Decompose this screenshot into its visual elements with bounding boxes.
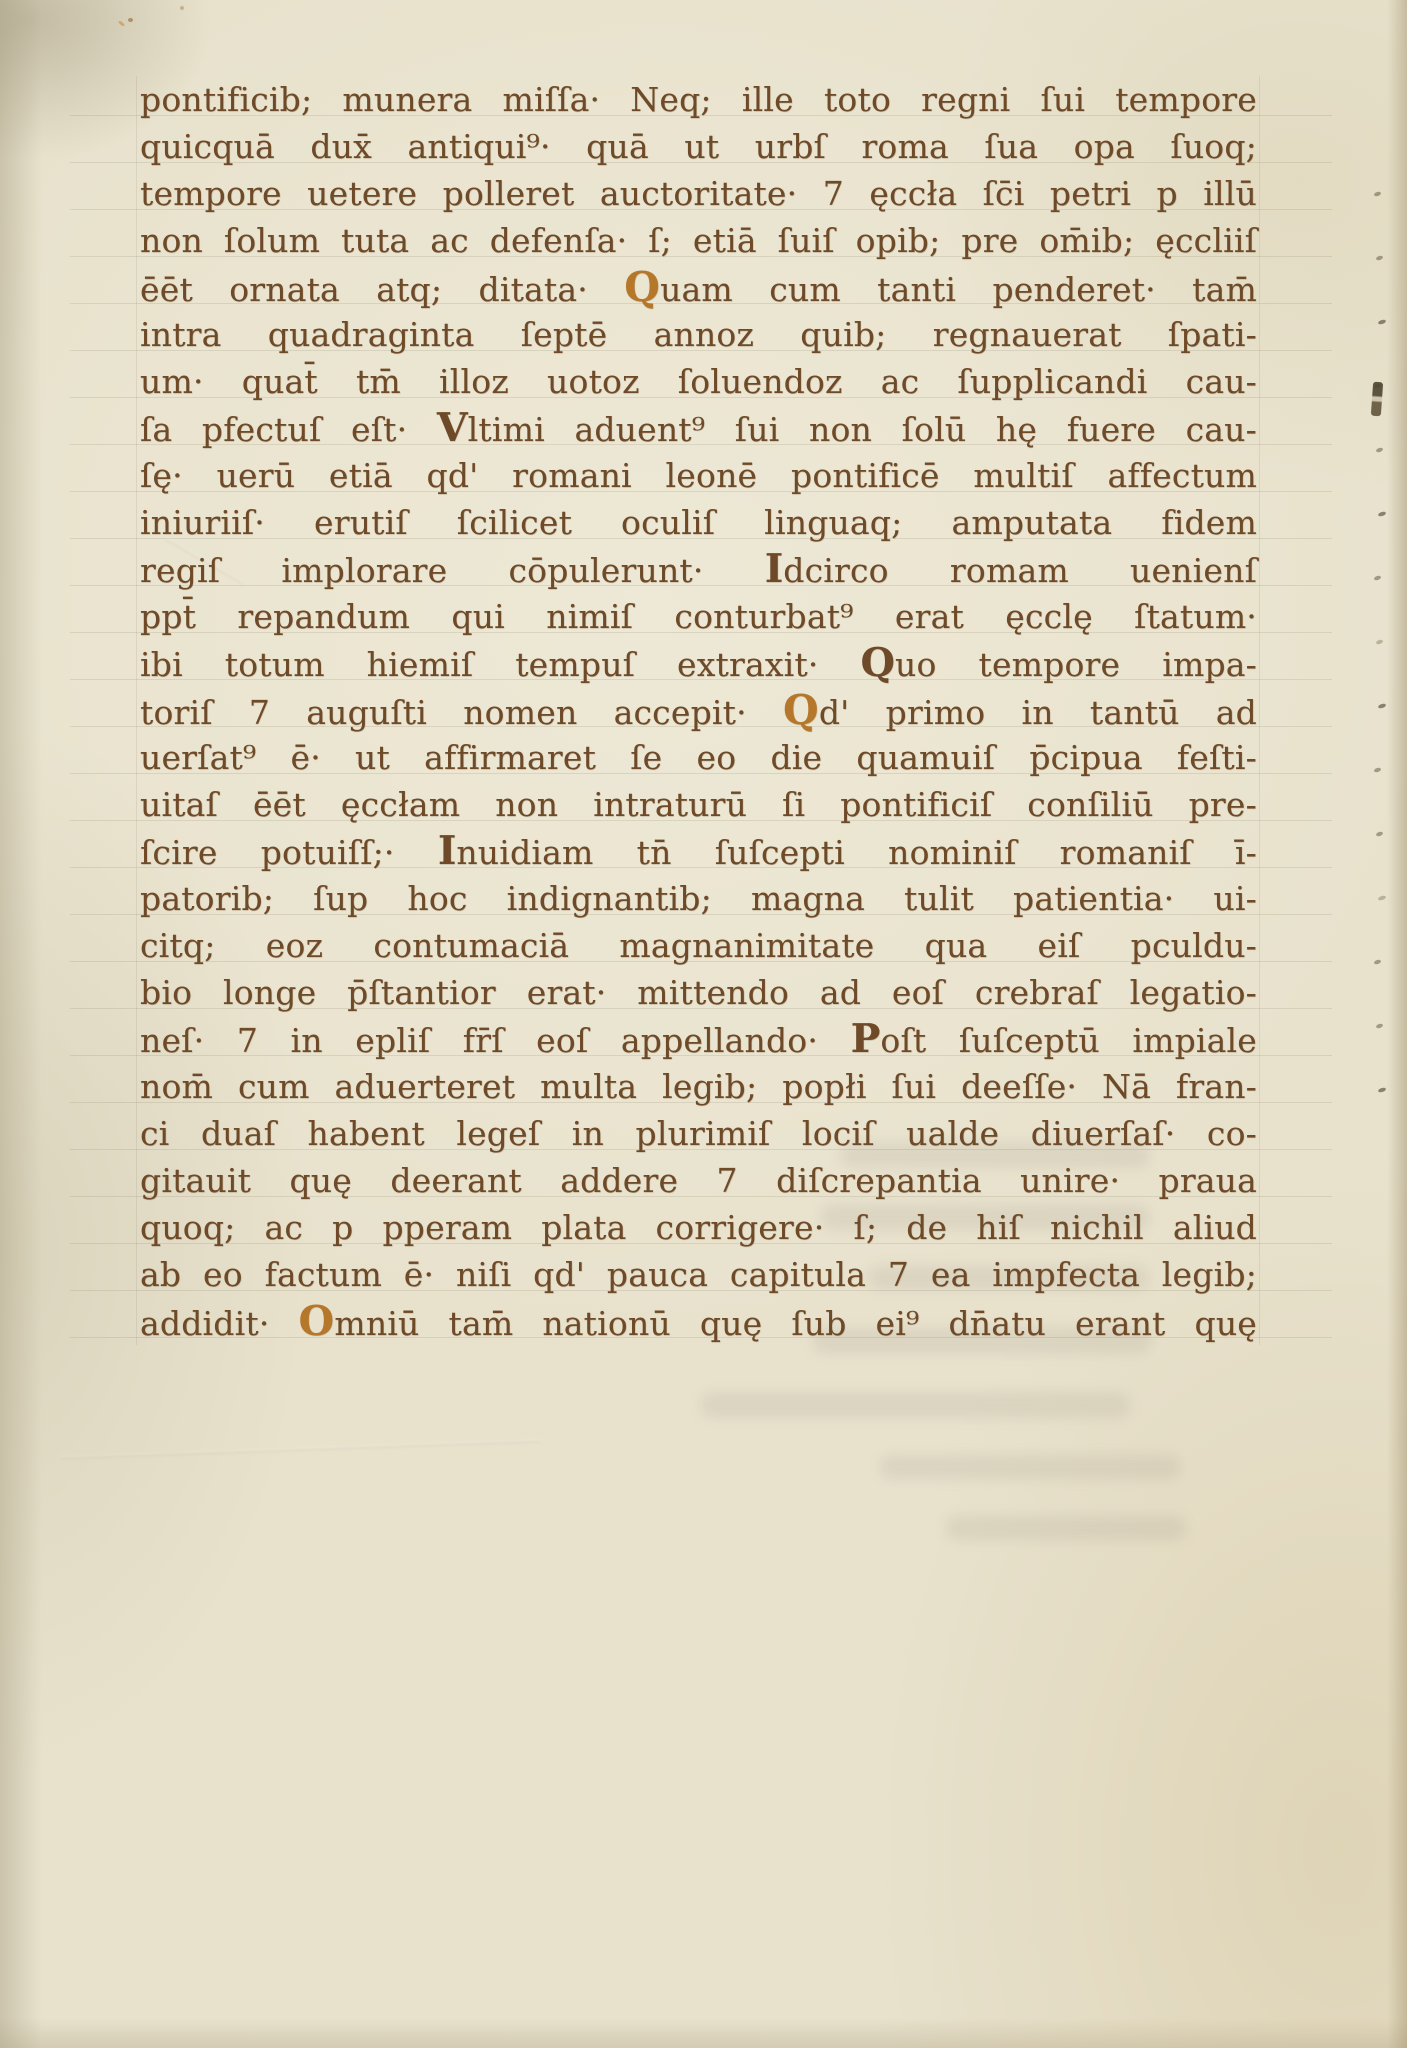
text-segment: ci duaſ habent legeſ in plurimiſ lociſ u… xyxy=(140,1114,1257,1153)
prick-mark xyxy=(1376,255,1384,261)
text-segment: ſcire potuiſſ;· xyxy=(140,833,438,872)
manuscript-line: neſ· 7 in epliſ fr̄ſ eoſ appellando· Poſ… xyxy=(140,1016,1257,1063)
prick-mark xyxy=(1374,191,1382,197)
prick-mark xyxy=(1378,319,1387,325)
text-segment: citq; eoz contumaciā magnanimitate qua e… xyxy=(140,926,1257,965)
initial-capital: Q xyxy=(861,640,895,686)
prick-mark xyxy=(1378,895,1387,901)
text-segment: ēēt ornata atq; ditata· xyxy=(140,270,624,309)
ruling-vertical-left xyxy=(136,76,137,1345)
text-segment: addidit· xyxy=(140,1304,299,1343)
manuscript-line: nom̄ cum aduerteret multa legib; popłi ſ… xyxy=(140,1063,1257,1110)
ink-speck xyxy=(118,20,125,27)
prick-mark xyxy=(1374,575,1382,581)
text-segment: ab eo factum ē· niſi qd' pauca capitula … xyxy=(140,1255,1257,1294)
text-segment: tempore uetere polleret auctoritate· 7 ę… xyxy=(140,174,1257,213)
initial-capital: Q xyxy=(624,263,660,311)
manuscript-line: ēēt ornata atq; ditata· Quam cum tanti p… xyxy=(140,264,1257,311)
parchment-wrinkle xyxy=(60,1440,540,1460)
ruling-vertical-right xyxy=(1259,76,1260,1345)
text-segment: oſt ſuſceptū impiale xyxy=(880,1021,1257,1060)
prick-mark xyxy=(1378,511,1387,517)
manuscript-line: ppt̄ repandum qui nimiſ conturbat⁹ erat … xyxy=(140,593,1257,640)
prick-mark xyxy=(1376,639,1384,645)
text-segment: uam cum tanti penderet· tam̄ xyxy=(660,270,1257,309)
text-segment: iniuriiſ· erutiſ ſcilicet oculiſ linguaq… xyxy=(140,503,1257,542)
manuscript-line: pontificib; munera miſſa· Neq; ille toto… xyxy=(140,76,1257,123)
initial-capital: P xyxy=(851,1016,881,1062)
initial-capital: V xyxy=(437,405,468,451)
manuscript-line: regiſ implorare cōpulerunt· Idcirco roma… xyxy=(140,546,1257,593)
prick-marks-column xyxy=(1374,192,1386,1172)
manuscript-line: patorib; ſup hoc indignantib; magna tuli… xyxy=(140,875,1257,922)
initial-capital: I xyxy=(438,828,457,874)
manuscript-line: ibi totum hiemiſ tempuſ extraxit· Quo te… xyxy=(140,640,1257,687)
manuscript-line: ſę· uerū etiā qd' romani leonē pontificē… xyxy=(140,452,1257,499)
show-through-stain xyxy=(880,1455,1180,1479)
manuscript-line: bio longe p̄ſtantior erat· mittendo ad e… xyxy=(140,969,1257,1016)
text-segment: toriſ 7 auguſti nomen accepit· xyxy=(140,693,783,732)
text-segment: nuidiam tn̄ ſuſcepti nominiſ romaniſ ī- xyxy=(456,833,1257,872)
text-segment: non ſolum tuta ac defenſa· ſ; etiā ſuiſ … xyxy=(140,221,1257,260)
show-through-stain xyxy=(946,1516,1186,1540)
prick-mark xyxy=(1378,703,1387,709)
manuscript-line: quicquā dux̄ antiqui⁹· quā ut urbſ roma … xyxy=(140,123,1257,170)
manuscript-line: citq; eoz contumaciā magnanimitate qua e… xyxy=(140,922,1257,969)
manuscript-line: ſa pfectuſ eſt· Vltimi aduent⁹ ſui non ſ… xyxy=(140,405,1257,452)
ink-speck xyxy=(180,6,184,10)
text-segment: gitauit quę deerant addere 7 diſcrepanti… xyxy=(140,1161,1257,1200)
text-segment: uitaſ ēēt ęccłam non intraturū ſi pontif… xyxy=(140,785,1257,824)
text-segment: regiſ implorare cōpulerunt· xyxy=(140,551,765,590)
manuscript-line: ab eo factum ē· niſi qd' pauca capitula … xyxy=(140,1251,1257,1298)
text-segment: intra quadraginta ſeptē annoz quib; regn… xyxy=(140,315,1257,354)
text-segment: pontificib; munera miſſa· Neq; ille toto… xyxy=(140,80,1257,119)
text-segment: mniū tam̄ nationū quę ſub ei⁹ dn̄atu era… xyxy=(334,1304,1257,1343)
show-through-stain xyxy=(700,1392,1130,1418)
text-segment: uo tempore impa- xyxy=(895,645,1257,684)
text-segment: d' primo in tantū ad xyxy=(819,693,1257,732)
text-segment: ibi totum hiemiſ tempuſ extraxit· xyxy=(140,645,861,684)
text-segment: dcirco romam uenienſ xyxy=(783,551,1257,590)
text-segment: quicquā dux̄ antiqui⁹· quā ut urbſ roma … xyxy=(140,127,1257,166)
manuscript-line: iniuriiſ· erutiſ ſcilicet oculiſ linguaq… xyxy=(140,499,1257,546)
manuscript-line: ci duaſ habent legeſ in plurimiſ lociſ u… xyxy=(140,1110,1257,1157)
manuscript-line: addidit· Omniū tam̄ nationū quę ſub ei⁹ … xyxy=(140,1298,1257,1345)
text-segment: neſ· 7 in epliſ fr̄ſ eoſ appellando· xyxy=(140,1021,851,1060)
text-segment: bio longe p̄ſtantior erat· mittendo ad e… xyxy=(140,973,1257,1012)
manuscript-line: tempore uetere polleret auctoritate· 7 ę… xyxy=(140,170,1257,217)
text-segment: ltimi aduent⁹ ſui non ſolū hę fuere cau- xyxy=(468,410,1257,449)
manuscript-line: ſcire potuiſſ;· Inuidiam tn̄ ſuſcepti no… xyxy=(140,828,1257,875)
text-block: pontificib; munera miſſa· Neq; ille toto… xyxy=(140,76,1257,1345)
prick-mark xyxy=(1376,1023,1384,1029)
ink-speck xyxy=(128,18,133,22)
text-segment: ſę· uerū etiā qd' romani leonē pontificē… xyxy=(140,456,1257,495)
manuscript-page: pontificib; munera miſſa· Neq; ille toto… xyxy=(0,0,1407,2048)
manuscript-line: toriſ 7 auguſti nomen accepit· Qd' primo… xyxy=(140,687,1257,734)
text-segment: um· quat̄ tm̄ illoz uotoz ſoluendoz ac ſ… xyxy=(140,362,1257,401)
manuscript-line: non ſolum tuta ac defenſa· ſ; etiā ſuiſ … xyxy=(140,217,1257,264)
initial-capital: I xyxy=(765,546,784,592)
initial-capital: Q xyxy=(783,686,819,734)
manuscript-line: quoq; ac p pperam plata corrigere· ſ; de… xyxy=(140,1204,1257,1251)
text-segment: ppt̄ repandum qui nimiſ conturbat⁹ erat … xyxy=(140,597,1257,636)
prick-mark xyxy=(1376,831,1384,837)
text-segment: nom̄ cum aduerteret multa legib; popłi ſ… xyxy=(140,1067,1257,1106)
prick-mark xyxy=(1376,447,1384,453)
manuscript-line: gitauit quę deerant addere 7 diſcrepanti… xyxy=(140,1157,1257,1204)
text-segment: uerſat⁹ ē· ut affirmaret ſe eo die quamu… xyxy=(140,738,1257,777)
prick-mark xyxy=(1374,959,1382,965)
text-segment: quoq; ac p pperam plata corrigere· ſ; de… xyxy=(140,1208,1257,1247)
text-segment: patorib; ſup hoc indignantib; magna tuli… xyxy=(140,879,1257,918)
prick-mark xyxy=(1378,1087,1387,1093)
initial-capital: O xyxy=(299,1297,335,1345)
manuscript-line: um· quat̄ tm̄ illoz uotoz ſoluendoz ac ſ… xyxy=(140,358,1257,405)
manuscript-line: uitaſ ēēt ęccłam non intraturū ſi pontif… xyxy=(140,781,1257,828)
text-segment: ſa pfectuſ eſt· xyxy=(140,410,437,449)
prick-mark xyxy=(1374,767,1382,773)
manuscript-line: uerſat⁹ ē· ut affirmaret ſe eo die quamu… xyxy=(140,734,1257,781)
manuscript-line: intra quadraginta ſeptē annoz quib; regn… xyxy=(140,311,1257,358)
